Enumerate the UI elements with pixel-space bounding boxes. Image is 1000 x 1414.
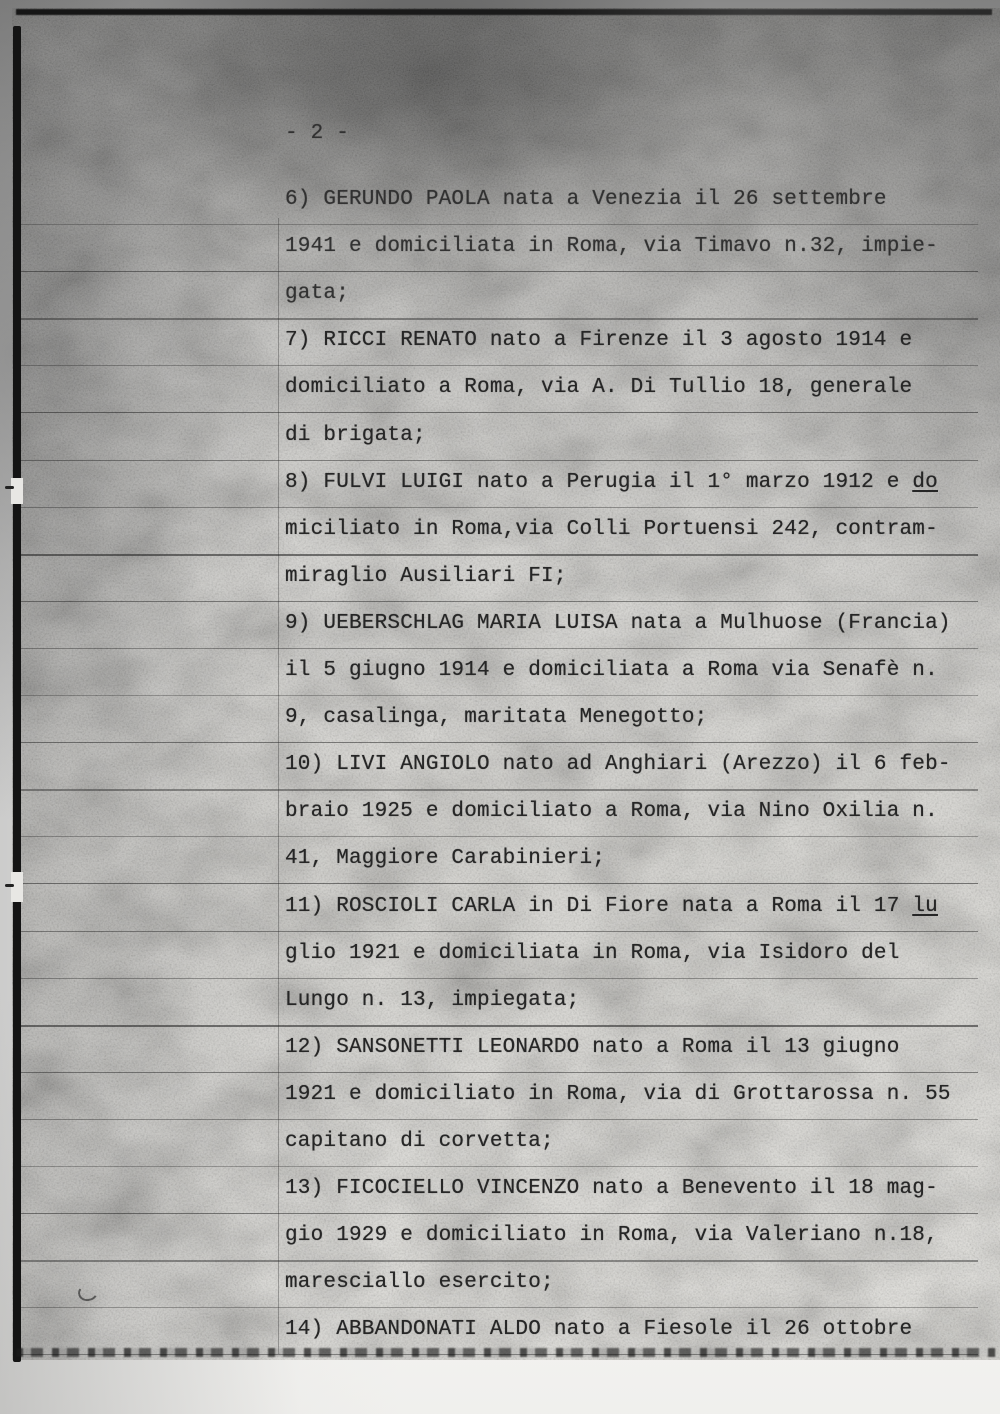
document-line: 41, Maggiore Carabinieri; bbox=[285, 847, 605, 871]
ruled-line bbox=[20, 1166, 978, 1167]
ruled-line bbox=[20, 931, 978, 932]
ruled-line bbox=[20, 1119, 978, 1120]
document-line: gata; bbox=[285, 282, 349, 306]
ruled-line bbox=[20, 836, 978, 837]
document-line: 9, casalinga, maritata Menegotto; bbox=[285, 706, 707, 730]
document-line: braio 1925 e domiciliato a Roma, via Nin… bbox=[285, 800, 938, 824]
ruled-line bbox=[20, 1260, 978, 1262]
document-line: il 5 giugno 1914 e domiciliata a Roma vi… bbox=[285, 659, 938, 683]
scan-edge-gap bbox=[11, 478, 23, 504]
margin-line bbox=[278, 218, 279, 1354]
ruled-line bbox=[20, 1025, 978, 1027]
document-line: miciliato in Roma,via Colli Portuensi 24… bbox=[285, 518, 938, 542]
document-line: 14) ABBANDONATI ALDO nato a Fiesole il 2… bbox=[285, 1318, 912, 1342]
ruled-line bbox=[20, 789, 978, 791]
document-line: 8) FULVI LUIGI nato a Perugia il 1° marz… bbox=[285, 471, 938, 495]
ruled-line bbox=[20, 460, 978, 461]
document-line: 1921 e domiciliato in Roma, via di Grott… bbox=[285, 1083, 951, 1107]
document-line: 11) ROSCIOLI CARLA in Di Fiore nata a Ro… bbox=[285, 895, 938, 919]
document-line: 1941 e domiciliata in Roma, via Timavo n… bbox=[285, 235, 938, 259]
ruled-line bbox=[20, 883, 978, 884]
document-line: capitano di corvetta; bbox=[285, 1130, 554, 1154]
ruled-line bbox=[20, 554, 978, 556]
ruled-line bbox=[20, 1307, 978, 1308]
ruled-line bbox=[20, 648, 978, 649]
scan-left-edge bbox=[13, 26, 21, 1362]
ruled-line bbox=[20, 271, 978, 272]
scan-edge-tick bbox=[5, 884, 14, 887]
document-line: miraglio Ausiliari FI; bbox=[285, 565, 567, 589]
document-line: Lungo n. 13, impiegata; bbox=[285, 989, 579, 1013]
scanned-document-page: - 2 - 6) GERUNDO PAOLA nata a Venezia il… bbox=[0, 0, 1000, 1414]
document-line: gio 1929 e domiciliato in Roma, via Vale… bbox=[285, 1224, 938, 1248]
scan-edge-gap bbox=[11, 872, 23, 902]
document-line: 9) UEBERSCHLAG MARIA LUISA nata a Mulhuo… bbox=[285, 612, 951, 636]
document-line: 13) FICOCIELLO VINCENZO nato a Benevento… bbox=[285, 1177, 938, 1201]
ruled-line bbox=[20, 695, 978, 696]
document-line: maresciallo esercito; bbox=[285, 1271, 554, 1295]
scan-top-edge bbox=[16, 9, 992, 15]
document-line: 7) RICCI RENATO nato a Firenze il 3 agos… bbox=[285, 329, 912, 353]
ruled-line bbox=[20, 318, 978, 320]
document-line: 6) GERUNDO PAOLA nata a Venezia il 26 se… bbox=[285, 188, 887, 212]
ruled-line bbox=[20, 742, 978, 743]
document-line: 10) LIVI ANGIOLO nato ad Anghiari (Arezz… bbox=[285, 753, 951, 777]
scan-edge-tick bbox=[5, 486, 14, 489]
document-line: di brigata; bbox=[285, 424, 426, 448]
document-line: domiciliato a Roma, via A. Di Tullio 18,… bbox=[285, 376, 912, 400]
ruled-line bbox=[20, 1213, 978, 1214]
page-number: - 2 - bbox=[285, 122, 349, 146]
ruled-line bbox=[20, 365, 978, 366]
ruled-line bbox=[20, 224, 978, 225]
scan-bottom-edge bbox=[16, 1348, 996, 1357]
ruled-line bbox=[20, 507, 978, 508]
ruled-line bbox=[20, 412, 978, 413]
ruled-line bbox=[20, 601, 978, 602]
document-line: 12) SANSONETTI LEONARDO nato a Roma il 1… bbox=[285, 1036, 900, 1060]
ruled-line bbox=[20, 978, 978, 979]
ruled-line bbox=[20, 1072, 978, 1073]
document-line: glio 1921 e domiciliata in Roma, via Isi… bbox=[285, 942, 900, 966]
